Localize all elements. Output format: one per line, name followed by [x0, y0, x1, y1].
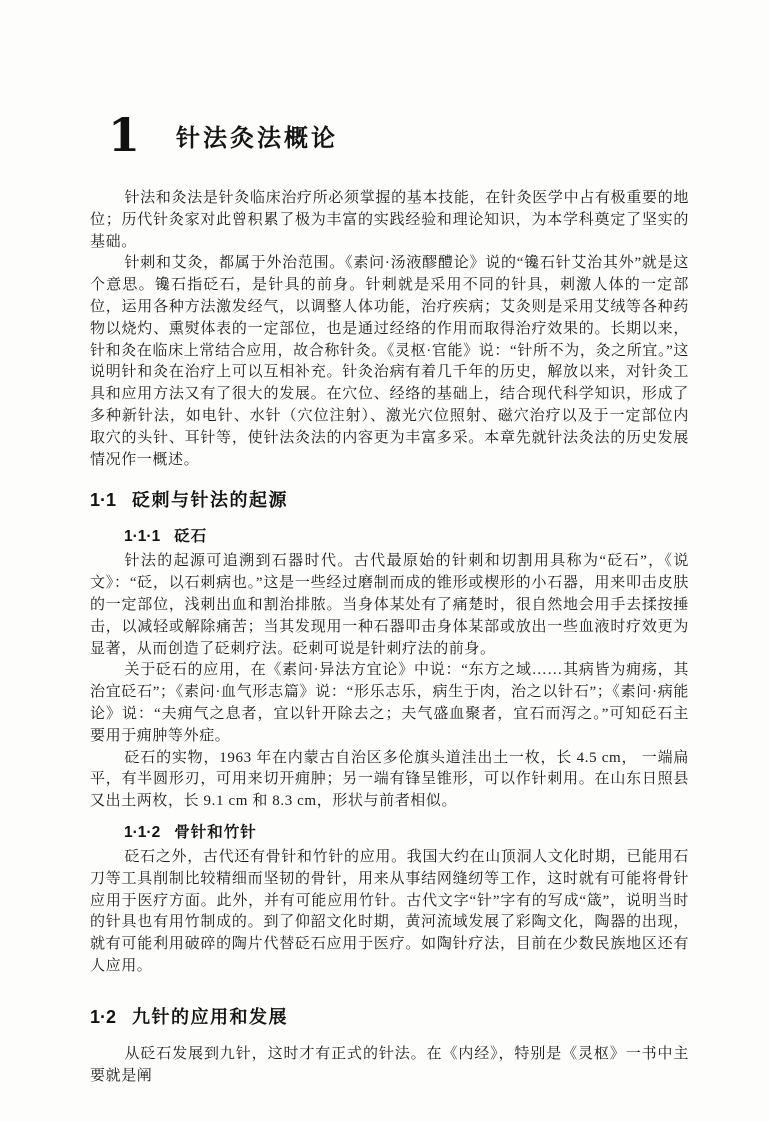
section-1-1-number: 1·1 [90, 490, 116, 511]
intro-paragraph-1: 针法和灸法是针灸临床治疗所必须掌握的基本技能，在针灸医学中占有极重要的地位；历代… [90, 188, 689, 253]
chapter-header: 1 针法灸法概论 [108, 112, 689, 158]
section-1-1-2-title: 骨针和竹针 [174, 820, 257, 842]
bone-needle-paragraph: 砭石之外，古代还有骨针和竹针的应用。我国大约在山顶洞人文化时期，已能用石刀等工具… [90, 847, 689, 978]
section-1-1-2-number: 1·1·2 [124, 824, 160, 842]
chapter-title: 针法灸法概论 [176, 118, 338, 153]
section-1-1-1-heading: 1·1·1 砭石 [124, 524, 689, 546]
bianstone-paragraph-1: 针法的起源可追溯到石器时代。古代最原始的针刺和切割用具称为“砭石”，《说文》：“… [90, 551, 689, 660]
section-1-2-heading: 1·2 九针的应用和发展 [90, 1003, 689, 1029]
book-page: 1 针法灸法概论 针法和灸法是针灸临床治疗所必须掌握的基本技能，在针灸医学中占有… [0, 0, 769, 1122]
nine-needles-paragraph: 从砭石发展到九针，这时才有正式的针法。在《内经》，特别是《灵枢》一书中主要就是阐 [90, 1044, 689, 1088]
section-1-1-2-heading: 1·1·2 骨针和竹针 [124, 820, 689, 842]
section-1-1-1-number: 1·1·1 [124, 528, 160, 546]
chapter-number: 1 [108, 112, 140, 158]
section-1-2-number: 1·2 [90, 1007, 116, 1028]
bianstone-paragraph-3: 砭石的实物，1963 年在内蒙古自治区多伦旗头道洼出土一枚，长 4.5 cm， … [90, 748, 689, 813]
section-1-2-title: 九针的应用和发展 [132, 1003, 288, 1029]
section-1-1-title: 砭刺与针法的起源 [132, 486, 288, 512]
intro-paragraph-2: 针刺和艾灸，都属于外治范围。《素问·汤液醪醴论》说的“镵石针艾治其外”就是这个意… [90, 253, 689, 471]
section-1-1-1-title: 砭石 [174, 524, 207, 546]
section-1-1-heading: 1·1 砭刺与针法的起源 [90, 486, 689, 512]
bianstone-paragraph-2: 关于砭石的应用，在《素问·异法方宜论》中说：“东方之域……其病皆为痈疡，其治宜砭… [90, 660, 689, 747]
